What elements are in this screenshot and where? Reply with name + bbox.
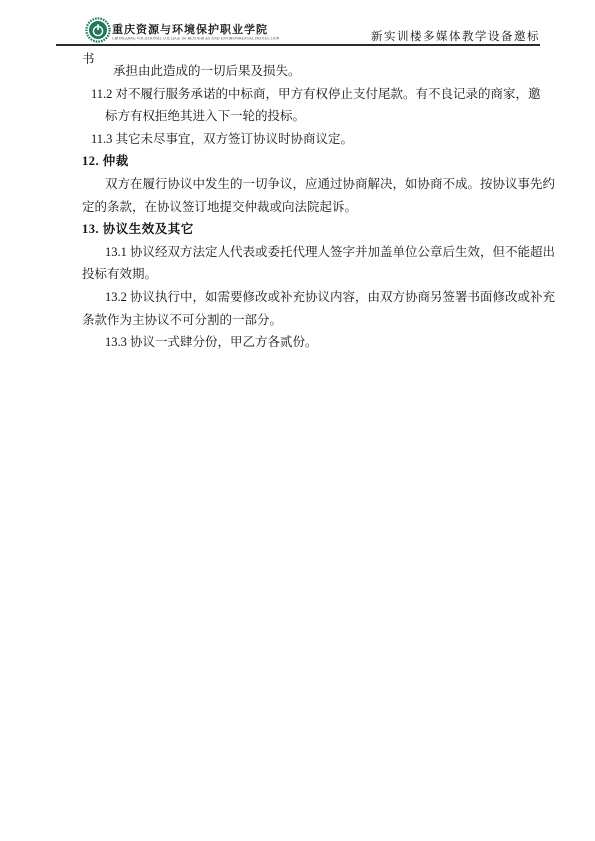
clause-13-3: 13.3 协议一式肆分份，甲乙方各贰份。 xyxy=(105,331,542,354)
section-heading-12: 12. 仲裁 xyxy=(82,150,542,173)
header-rule xyxy=(56,44,540,46)
clause-12-continuation: 定的条款，在协议签订地提交仲裁或向法院起诉。 xyxy=(82,196,542,219)
clause-13-2: 13.2 协议执行中，如需要修改或补充协议内容，由双方协商另签署书面修改或补充 xyxy=(105,286,542,309)
clause-13-1: 13.1 协议经双方法定人代表或委托代理人签字并加盖单位公章后生效，但不能超出 xyxy=(105,241,542,264)
header-doc-title-line1: 新实训楼多媒体教学设备邀标 xyxy=(60,28,540,44)
clause-11-2-continuation: 标方有权拒绝其进入下一轮的投标。 xyxy=(105,105,542,128)
clause-11-2: 11.2 对不履行服务承诺的中标商，甲方有权停止支付尾款。有不良记录的商家，邀 xyxy=(91,83,542,106)
clause-11-3: 11.3 其它未尽事宜，双方签订协议时协商议定。 xyxy=(91,128,542,151)
clause-13-1-continuation: 投标有效期。 xyxy=(82,263,542,286)
clause-13-2-continuation: 条款作为主协议不可分割的一部分。 xyxy=(82,309,542,332)
document-page: 重庆资源与环境保护职业学院 CHONGQING VOCATIONAL COLLE… xyxy=(0,0,595,841)
clause-12-paragraph: 双方在履行协议中发生的一切争议，应通过协商解决，如协商不成。按协议事先约 xyxy=(105,173,542,196)
section-heading-13: 13. 协议生效及其它 xyxy=(82,218,542,241)
body-line-carryover: 承担由此造成的一切后果及损失。 xyxy=(113,60,542,83)
document-body: 承担由此造成的一切后果及损失。 11.2 对不履行服务承诺的中标商，甲方有权停止… xyxy=(82,60,542,354)
